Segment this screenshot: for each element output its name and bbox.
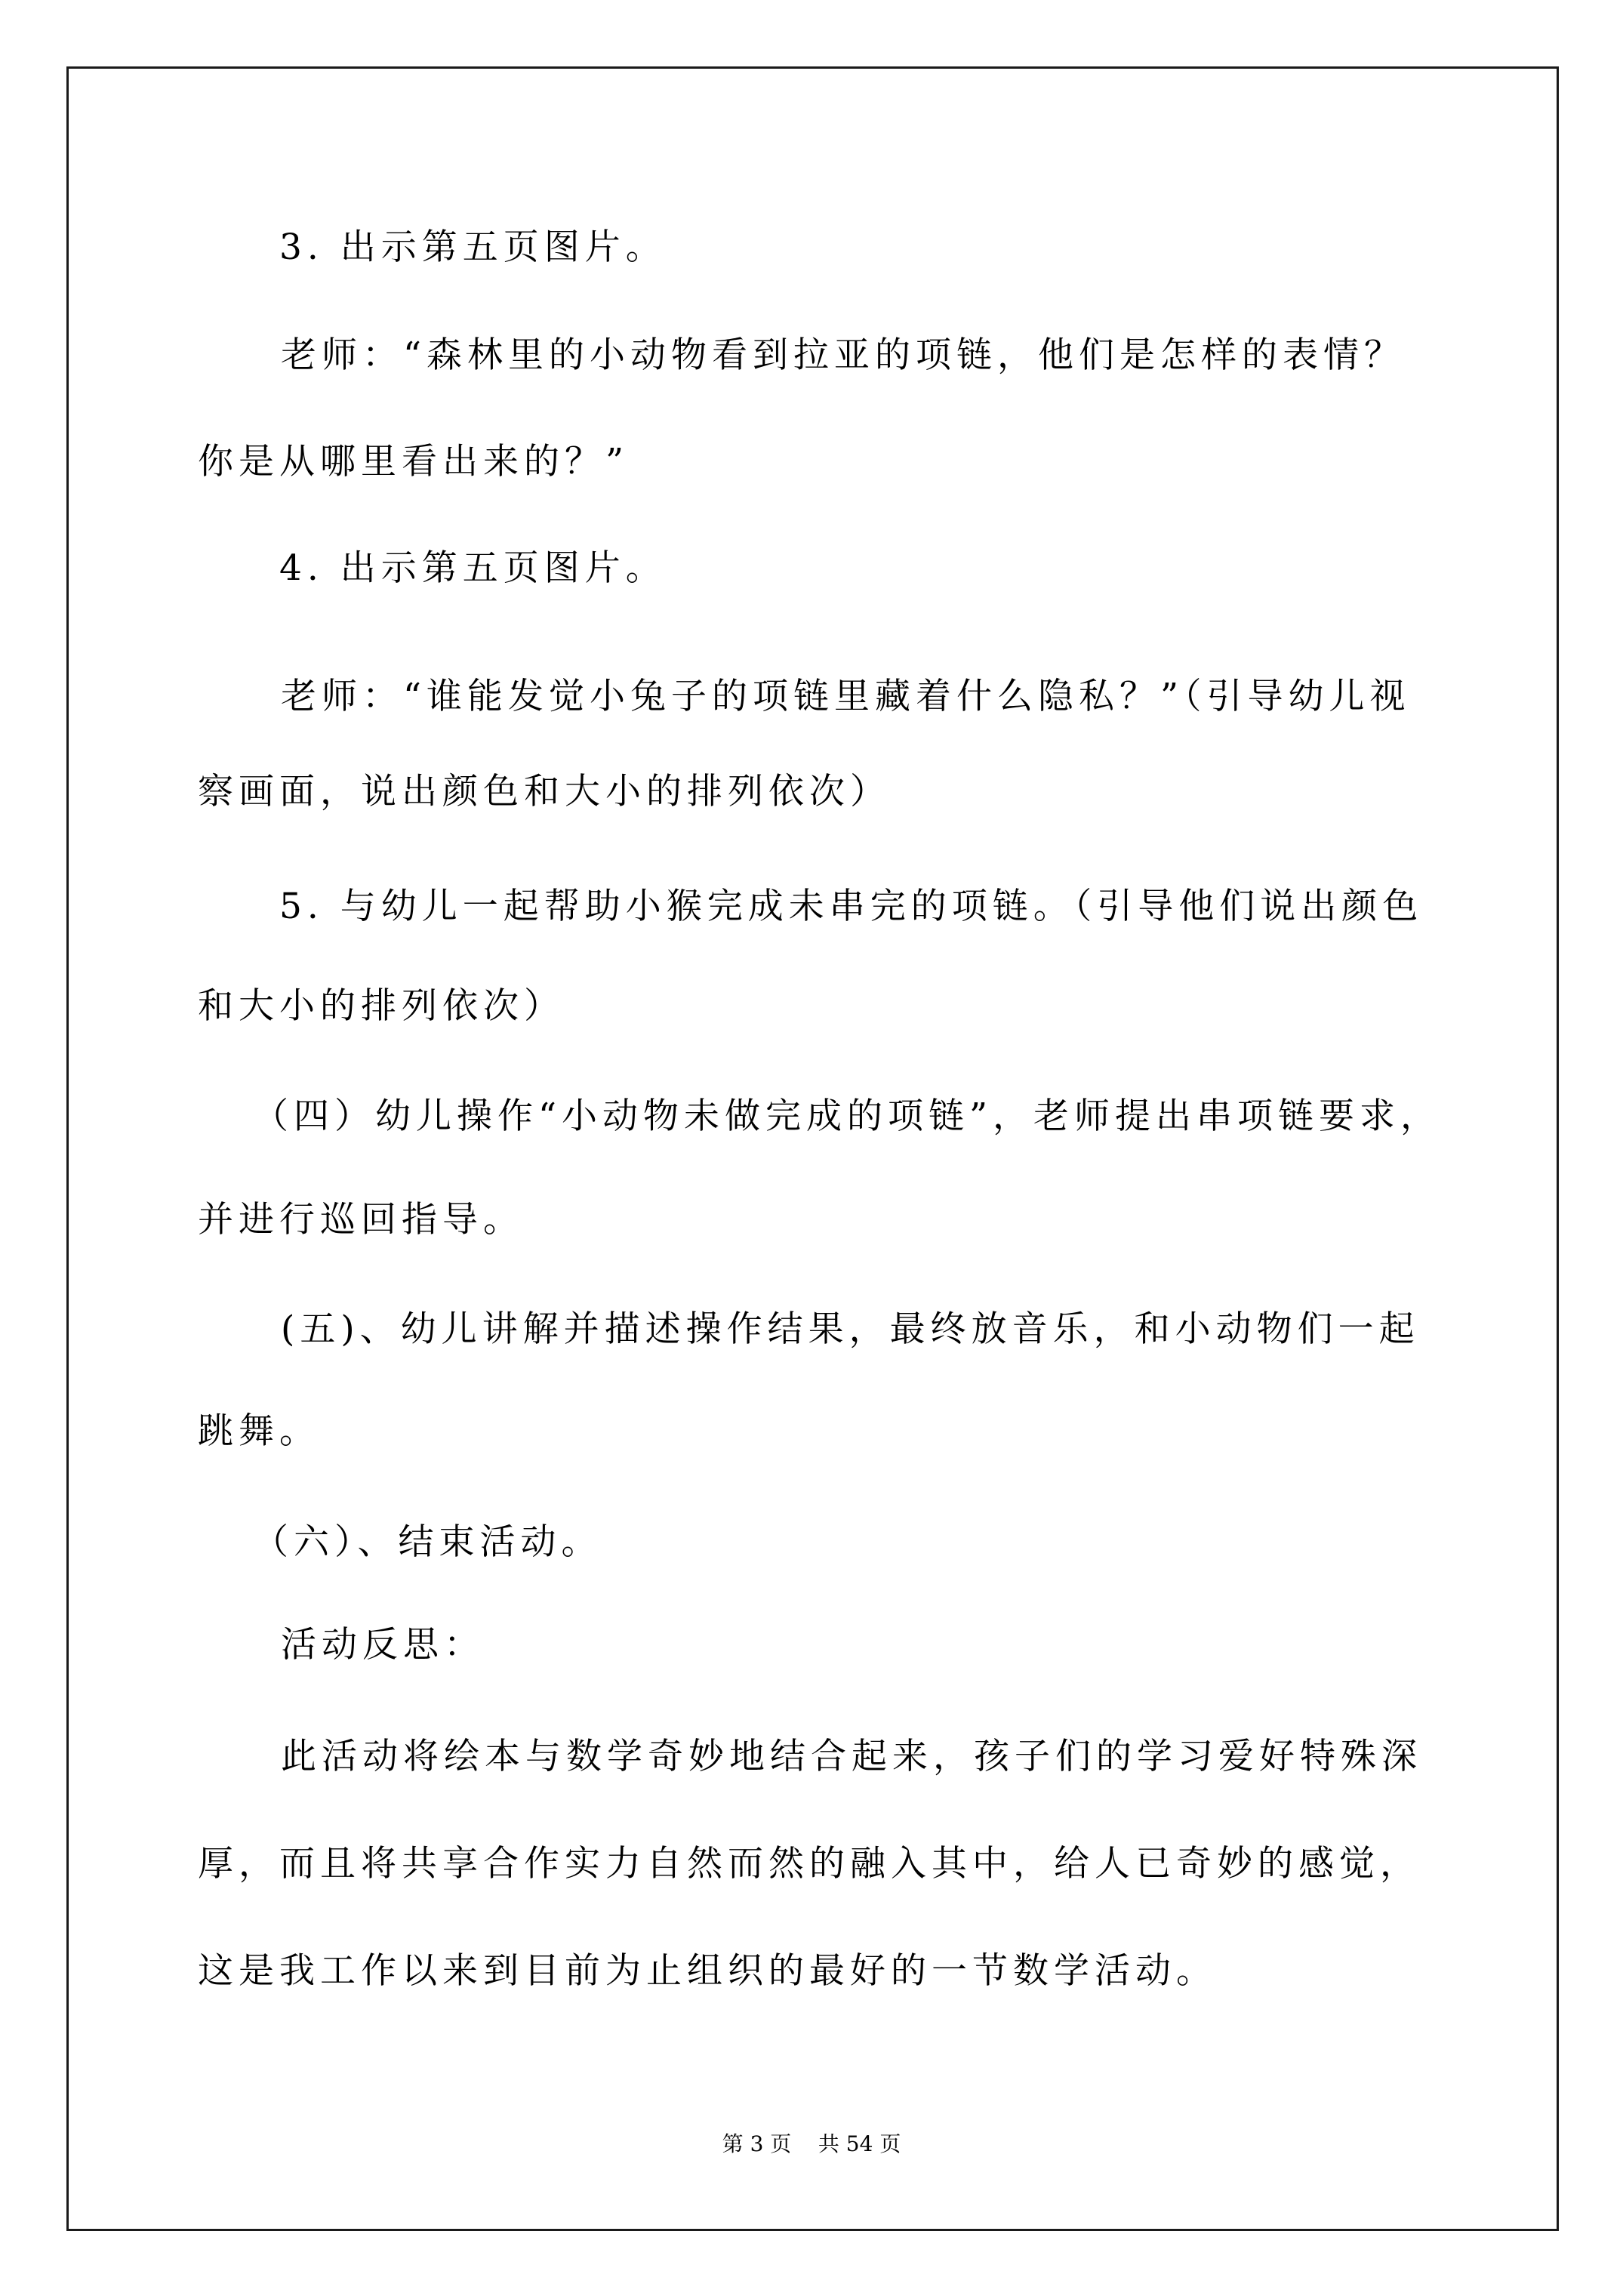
body-line: 这是我工作以来到目前为止组织的最好的一节数学活动。 [198,1945,1217,1998]
body-line: 厚，而且将共享合作实力自然而然的融入其中，给人已奇妙的感觉， [198,1838,1421,1891]
body-line: 并进行巡回指导。 [198,1194,524,1247]
body-line: 老师：“森林里的小动物看到拉亚的项链，他们是怎样的表情？ [281,329,1405,382]
body-line: 此活动将绘本与数学奇妙地结合起来，孩子们的学习爱好特殊深 [281,1730,1422,1783]
page-border [66,66,1559,2231]
body-line: 察画面，说出颜色和大小的排列依次） [198,766,891,818]
body-line: 4. 出示第五页图片。 [279,542,667,595]
body-line: （六）、结束活动。 [253,1516,602,1569]
body-line: 和大小的排列依次） [198,980,565,1033]
body-line: 活动反思： [281,1619,485,1672]
body-line: 3. 出示第五页图片。 [279,221,667,274]
body-line: （四）幼儿操作“小动物未做完成的项链”，老师提出串项链要求， [253,1090,1441,1143]
body-line: 5. 与幼儿一起帮助小猴完成未串完的项链。（引导他们说出颜色 [279,880,1423,933]
body-line: 你是从哪里看出来的？” [198,436,629,488]
body-line: (五)、幼儿讲解并描述操作结果，最终放音乐，和小动物们一起 [281,1303,1420,1356]
body-line: 跳舞。 [198,1405,320,1458]
body-line: 老师：“谁能发觉小兔子的项链里藏着什么隐私？”（引导幼儿视 [281,670,1411,723]
page-number-footer: 第 3 页 共 54 页 [0,2128,1623,2161]
